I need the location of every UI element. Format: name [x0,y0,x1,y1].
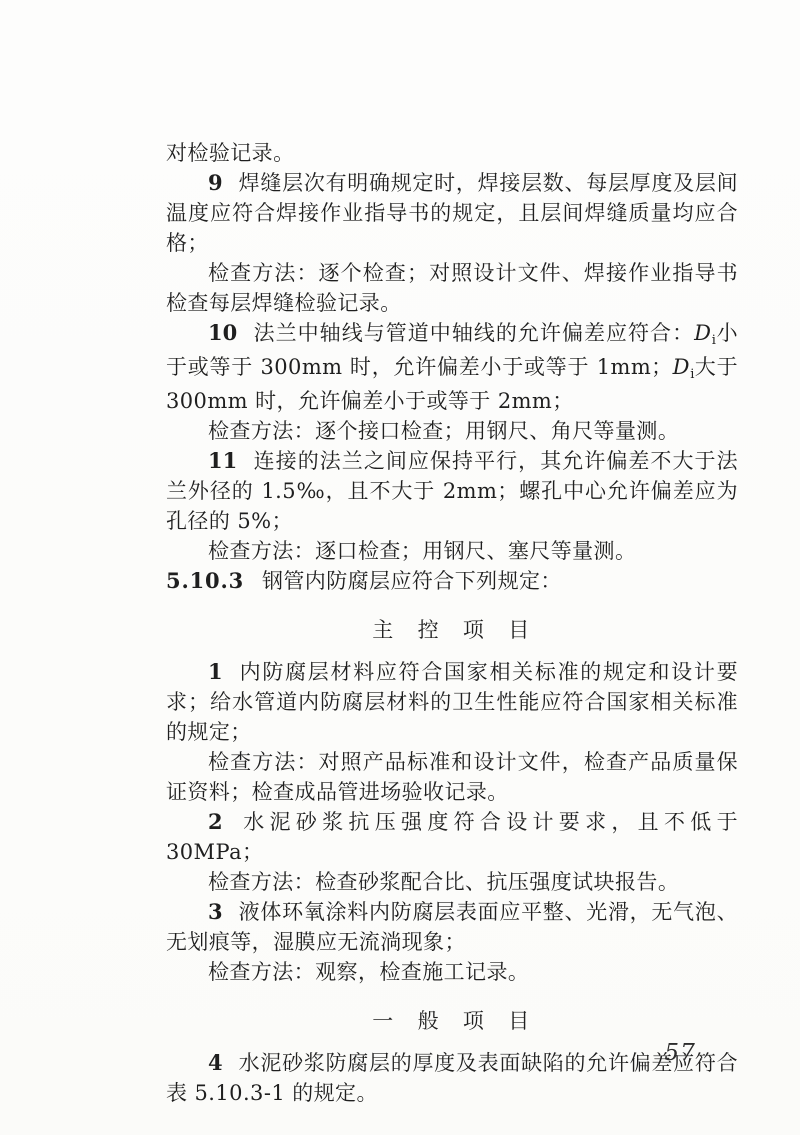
paragraph-text: 水泥砂浆防腐层的厚度及表面缺陷的允许偏差应符合表 5.10.3-1 的规定。 [166,1051,738,1105]
item-number: 11 [208,448,237,473]
paragraph-text: 检查方法：检查砂浆配合比、抗压强度试块报告。 [208,870,679,894]
section-heading: 一 般 项 目 [166,1006,738,1036]
item-number: 3 [208,899,223,924]
paragraph-text: 检查方法：逐口检查；用钢尺、塞尺等量测。 [208,539,636,563]
variable-D-subscript: i [690,367,695,382]
item-number: 1 [208,659,223,684]
paragraph-text: 水泥砂浆抗压强度符合设计要求，且不低于 30MPa； [166,810,738,864]
paragraph-text: 检查方法：对照产品标准和设计文件，检查产品质量保证资料；检查成品管进场验收记录。 [166,750,738,804]
check-method-paragraph: 检查方法：逐个接口检查；用钢尺、角尺等量测。 [166,416,738,446]
paragraph-text: 检查方法：逐个接口检查；用钢尺、角尺等量测。 [208,419,679,443]
page-number: 57 [664,1040,696,1066]
numbered-item-paragraph: 11连接的法兰之间应保持平行，其允许偏差不大于法兰外径的 1.5‰，且不大于 2… [166,446,738,536]
paragraph-text: 内防腐层材料应符合国家相关标准的规定和设计要求；给水管道内防腐层材料的卫生性能应… [166,660,738,744]
paragraph-text: 对检验记录。 [166,141,295,165]
numbered-item-paragraph: 2水泥砂浆抗压强度符合设计要求，且不低于 30MPa； [166,807,738,867]
numbered-item-paragraph: 4水泥砂浆防腐层的厚度及表面缺陷的允许偏差应符合表 5.10.3-1 的规定。 [166,1048,738,1108]
paragraph-text: 钢管内防腐层应符合下列规定： [262,569,562,593]
check-method-paragraph: 检查方法：逐口检查；用钢尺、塞尺等量测。 [166,536,738,566]
paragraph-text: 法兰中轴线与管道中轴线的允许偏差应符合：Di小于或等于 300mm 时，允许偏差… [166,321,738,413]
paragraph-text: 检查方法：逐个检查；对照设计文件、焊接作业指导书检查每层焊缝检验记录。 [166,261,738,315]
item-number: 10 [208,320,237,345]
numbered-item-paragraph: 3液体环氧涂料内防腐层表面应平整、光滑，无气泡、无划痕等，湿膜应无流淌现象； [166,897,738,957]
check-method-paragraph: 检查方法：逐个检查；对照设计文件、焊接作业指导书检查每层焊缝检验记录。 [166,258,738,318]
numbered-item-paragraph: 9焊缝层次有明确规定时，焊接层数、每层厚度及层间温度应符合焊接作业指导书的规定，… [166,168,738,258]
numbered-item-paragraph: 1内防腐层材料应符合国家相关标准的规定和设计要求；给水管道内防腐层材料的卫生性能… [166,657,738,747]
document-page: 对检验记录。9焊缝层次有明确规定时，焊接层数、每层厚度及层间温度应符合焊接作业指… [0,0,800,1135]
clause-number: 5.10.3 [166,568,244,593]
variable-D: D [673,355,690,379]
item-number: 9 [208,170,223,195]
variable-D-subscript: i [712,333,717,348]
paragraph-text: 检查方法：观察，检查施工记录。 [208,960,529,984]
check-method-paragraph: 检查方法：观察，检查施工记录。 [166,957,738,987]
section-heading: 主 控 项 目 [166,615,738,645]
numbered-item-paragraph: 10法兰中轴线与管道中轴线的允许偏差应符合：Di小于或等于 300mm 时，允许… [166,318,738,416]
check-method-paragraph: 检查方法：检查砂浆配合比、抗压强度试块报告。 [166,867,738,897]
variable-D: D [694,321,711,345]
paragraph-text: 一 般 项 目 [372,1009,531,1033]
continuation-paragraph: 对检验记录。 [166,138,738,168]
item-number: 2 [208,809,223,834]
item-number: 4 [208,1050,223,1075]
paragraph-text: 主 控 项 目 [372,618,531,642]
clause-paragraph: 5.10.3钢管内防腐层应符合下列规定： [166,566,738,596]
paragraph-text: 焊缝层次有明确规定时，焊接层数、每层厚度及层间温度应符合焊接作业指导书的规定，且… [166,171,738,255]
paragraph-text: 连接的法兰之间应保持平行，其允许偏差不大于法兰外径的 1.5‰，且不大于 2mm… [166,449,738,533]
check-method-paragraph: 检查方法：对照产品标准和设计文件，检查产品质量保证资料；检查成品管进场验收记录。 [166,747,738,807]
paragraph-text: 液体环氧涂料内防腐层表面应平整、光滑，无气泡、无划痕等，湿膜应无流淌现象； [166,900,738,954]
document-body: 对检验记录。9焊缝层次有明确规定时，焊接层数、每层厚度及层间温度应符合焊接作业指… [166,138,738,1108]
